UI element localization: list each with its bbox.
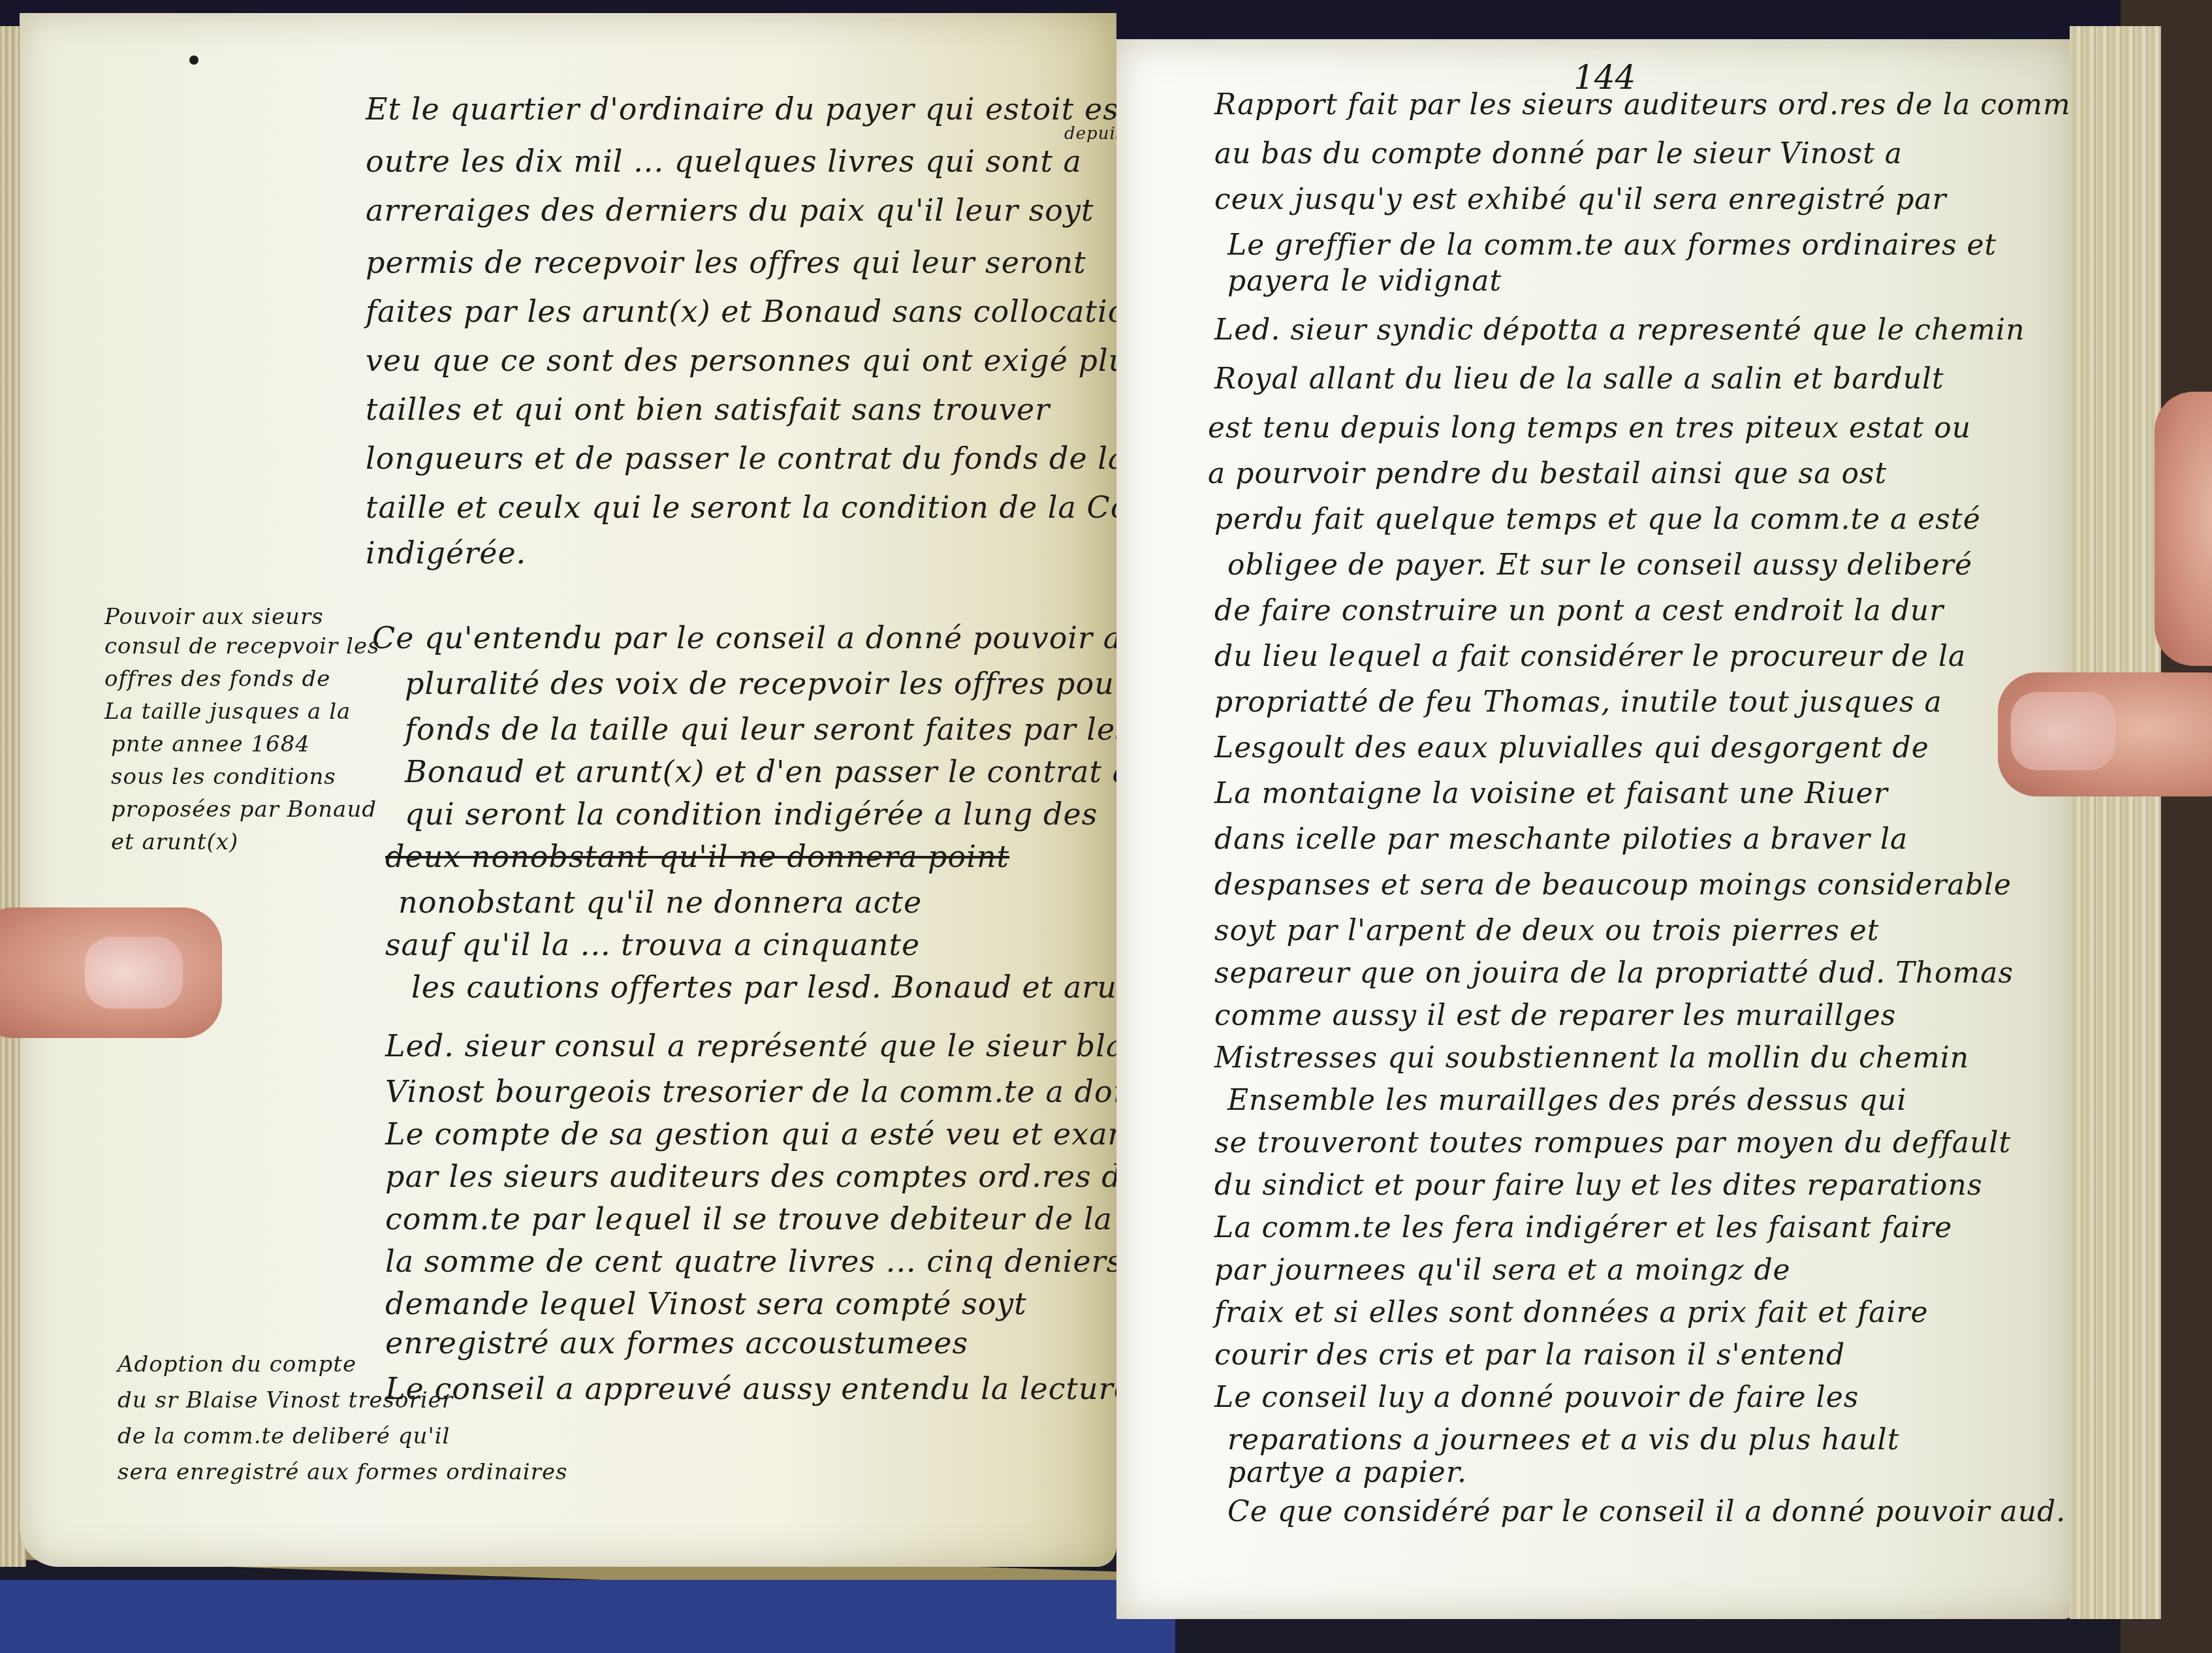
- margin-note-line: pnte annee 1684: [111, 731, 310, 757]
- margin-note-line: sous les conditions: [111, 764, 336, 790]
- manuscript-line: par les sieurs auditeurs des comptes ord…: [385, 1159, 1116, 1194]
- manuscript-line: Ensemble les muraillges des prés dessus …: [1227, 1084, 1906, 1117]
- manuscript-line: se trouveront toutes rompues par moyen d…: [1214, 1126, 2011, 1159]
- left-thumb: [0, 907, 222, 1038]
- margin-note-line: proposées par Bonaud: [111, 796, 377, 823]
- manuscript-line: les cautions offertes par lesd. Bonaud e…: [411, 969, 1116, 1005]
- manuscript-line: du sindict et pour faire luy et les dite…: [1214, 1169, 1982, 1202]
- manuscript-line: Et le quartier d'ordinaire du payer qui …: [366, 91, 1116, 127]
- manuscript-line: de faire construire un pont a cest endro…: [1214, 594, 1944, 627]
- manuscript-line: Rapport fait par les sieurs auditeurs or…: [1214, 88, 2076, 121]
- manuscript-line: Lesgoult des eaux pluvialles qui desgorg…: [1214, 731, 1929, 764]
- manuscript-line: faites par les arunt(x) et Bonaud sans c…: [366, 294, 1116, 329]
- manuscript-line: comme aussy il est de reparer les murail…: [1214, 999, 1896, 1032]
- left-page: Et le quartier d'ordinaire du payer qui …: [20, 13, 1116, 1567]
- manuscript-line: Le greffier de la comm.te aux formes ord…: [1227, 228, 1997, 262]
- manuscript-line: par journees qu'il sera et a moingz de: [1214, 1253, 1791, 1287]
- margin-note-line: sera enregistré aux formes ordinaires: [118, 1459, 568, 1485]
- margin-note-line: de la comm.te deliberé qu'il: [118, 1423, 450, 1449]
- manuscript-line: soyt par l'arpent de deux ou trois pierr…: [1214, 914, 1880, 947]
- manuscript-line: separeur que on jouira de la propriatté …: [1214, 956, 2014, 990]
- manuscript-line: permis de recepvoir les offres qui leur …: [366, 245, 1086, 280]
- manuscript-line: Bonaud et arunt(x) et d'en passer le con…: [405, 754, 1116, 789]
- manuscript-line: Le conseil a appreuvé aussy entendu la l…: [385, 1371, 1116, 1406]
- right-page: Rapport fait par les sieurs auditeurs or…: [1116, 39, 2076, 1619]
- manuscript-line: La montaigne la voisine et faisant une R…: [1214, 777, 1888, 810]
- thumbnail: [85, 937, 183, 1009]
- margin-note-line: Adoption du compte: [118, 1351, 356, 1377]
- manuscript-line: du lieu lequel a fait considérer le proc…: [1214, 640, 1966, 673]
- manuscript-line: pluralité des voix de recepvoir les offr…: [405, 666, 1116, 701]
- manuscript-line: La comm.te les fera indigérer et les fai…: [1214, 1211, 1952, 1244]
- manuscript-line: Le compte de sa gestion qui a esté veu e…: [385, 1116, 1116, 1152]
- margin-note-line: du sr Blaise Vinost tresorier: [118, 1387, 453, 1413]
- manuscript-line: propriatté de feu Thomas, inutile tout j…: [1214, 685, 1942, 719]
- manuscript-line: taille et ceulx qui le seront la conditi…: [366, 490, 1116, 525]
- manuscript-line: reparations a journees et a vis du plus …: [1227, 1423, 1899, 1456]
- manuscript-line: est tenu depuis long temps en tres piteu…: [1208, 411, 1971, 445]
- margin-note-line: et arunt(x): [111, 829, 238, 855]
- margin-note-line: consul de recepvoir les: [104, 633, 380, 659]
- manuscript-line: sauf qu'il la ... trouva a cinquante: [385, 927, 920, 962]
- manuscript-line: dans icelle par meschante piloties a bra…: [1214, 823, 1908, 856]
- margin-note-line: La taille jusques a la: [104, 699, 351, 725]
- manuscript-line: outre les dix mil ... quelques livres qu…: [366, 144, 1082, 179]
- manuscript-line: Led. sieur consul a représenté que le si…: [385, 1028, 1116, 1063]
- right-page-stack: [2070, 26, 2161, 1619]
- manuscript-line: perdu fait quelque temps et que la comm.…: [1214, 503, 1981, 536]
- manuscript-line: fraix et si elles sont données a prix fa…: [1214, 1296, 1929, 1329]
- manuscript-line: comm.te par lequel il se trouve debiteur…: [385, 1201, 1116, 1236]
- ink-blot: [189, 55, 198, 65]
- manuscript-line: partye a papier.: [1227, 1456, 1467, 1489]
- manuscript-line: payera le vidignat: [1227, 264, 1502, 298]
- manuscript-line: demande lequel Vinost sera compté soyt: [385, 1286, 1027, 1321]
- manuscript-line: Ce que considéré par le conseil il a don…: [1227, 1495, 2066, 1528]
- manuscript-line: au bas du compte donné par le sieur Vino…: [1214, 137, 1903, 170]
- manuscript-line: la somme de cent quatre livres ... cinq …: [385, 1244, 1116, 1279]
- right-fingers: [2155, 392, 2212, 666]
- manuscript-line: Vinost bourgeois tresorier de la comm.te…: [385, 1074, 1116, 1109]
- manuscript-line: Mistresses qui soubstiennent la mollin d…: [1214, 1041, 1969, 1075]
- margin-note-line: Pouvoir aux sieurs: [104, 604, 324, 630]
- page-number: 144: [1573, 59, 1635, 97]
- manuscript-line: a pourvoir pendre du bestail ainsi que s…: [1208, 457, 1887, 490]
- manuscript-line: arreraiges des derniers du paix qu'il le…: [366, 193, 1094, 228]
- manuscript-line: longueurs et de passer le contrat du fon…: [366, 441, 1116, 476]
- manuscript-line: fonds de la taille qui leur seront faite…: [405, 712, 1116, 747]
- manuscript-line: ceux jusqu'y est exhibé qu'il sera enreg…: [1214, 183, 1947, 216]
- manuscript-line: despanses et sera de beaucoup moings con…: [1214, 868, 2012, 902]
- manuscript-line: Le conseil luy a donné pouvoir de faire …: [1214, 1381, 1859, 1414]
- right-thumb: [1998, 672, 2212, 796]
- manuscript-line-struck: deux nonobstant qu'il ne donnera point: [385, 839, 1009, 874]
- manuscript-line: enregistré aux formes accoustumees: [385, 1325, 968, 1361]
- manuscript-line: tailles et qui ont bien satisfait sans t…: [366, 392, 1050, 427]
- manuscript-line: obligee de payer. Et sur le conseil auss…: [1227, 548, 1972, 582]
- manuscript-line: nonobstant qu'il ne donnera acte: [398, 885, 922, 920]
- manuscript-line: indigérée.: [366, 535, 526, 571]
- manuscript-line: Led. sieur syndic dépotta a representé q…: [1214, 313, 2025, 347]
- manuscript-line: courir des cris et par la raison il s'en…: [1214, 1338, 1845, 1372]
- insert-note: depuis et: [1064, 124, 1116, 144]
- manuscript-line: Ce qu'entendu par le conseil a donné pou…: [372, 620, 1116, 655]
- thumbnail: [2011, 692, 2115, 770]
- manuscript-line: Royal allant du lieu de la salle a salin…: [1214, 362, 1944, 396]
- manuscript-line: qui seront la condition indigérée a lung…: [405, 796, 1098, 832]
- margin-note-line: offres des fonds de: [104, 666, 330, 692]
- manuscript-line: veu que ce sont des personnes qui ont ex…: [366, 343, 1116, 378]
- blue-cloth: [0, 1580, 1175, 1653]
